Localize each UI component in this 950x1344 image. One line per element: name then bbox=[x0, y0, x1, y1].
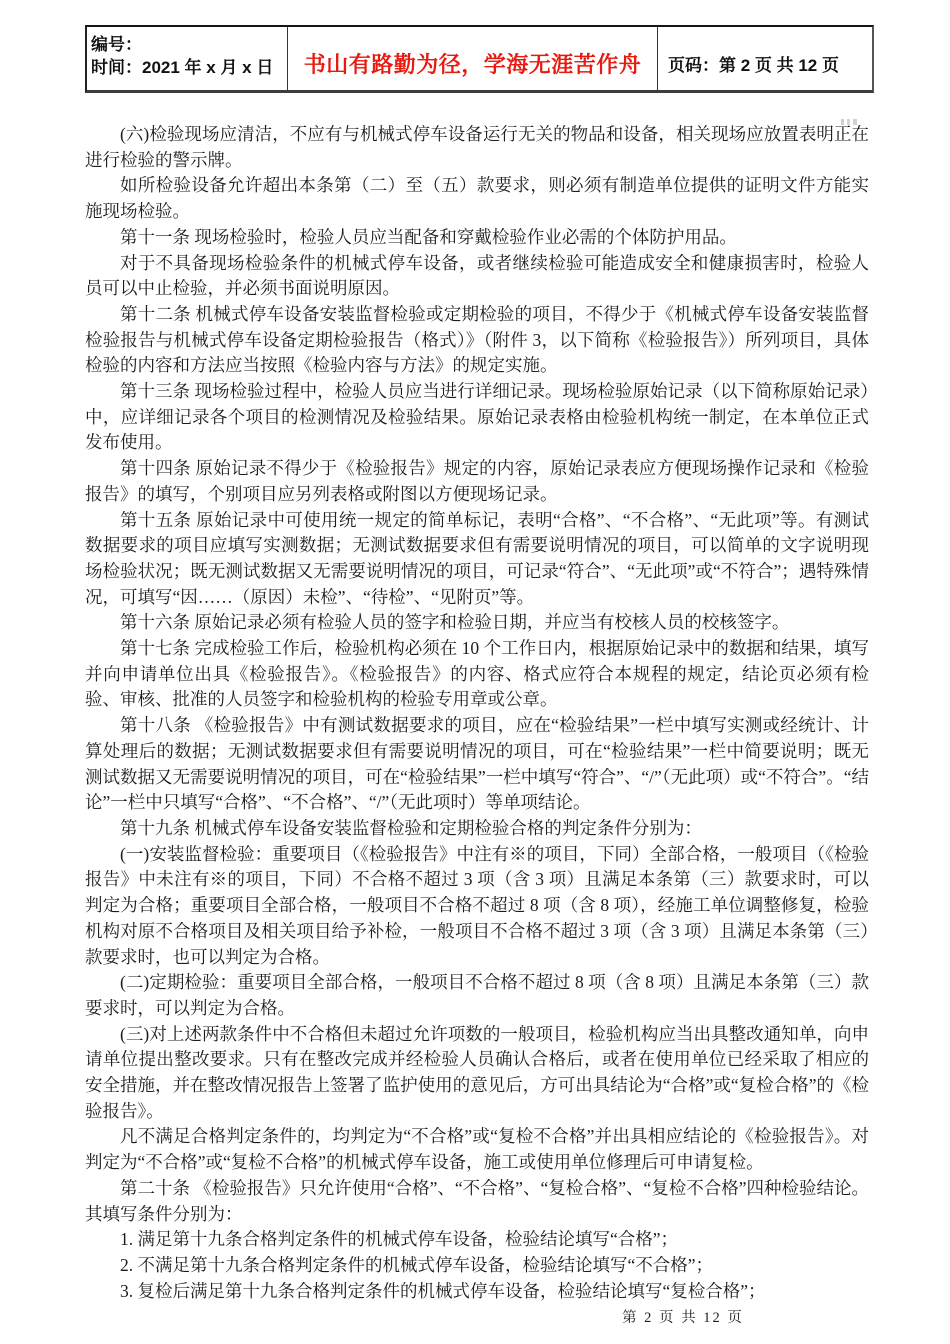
paragraph: 对于不具备现场检验条件的机械式停车设备，或者继续检验可能造成安全和健康损害时，检… bbox=[85, 251, 869, 302]
header-cell-motto: 书山有路勤为径，学海无涯苦作舟 bbox=[288, 27, 658, 90]
header-table: 编号： 时间：2021 年 x 月 x 日 书山有路勤为径，学海无涯苦作舟 页码… bbox=[85, 25, 874, 93]
header-cell-number-date: 编号： 时间：2021 年 x 月 x 日 bbox=[87, 27, 288, 90]
paragraph: (二)定期检验：重要项目全部合格，一般项目不合格不超过 8 项（含 8 项）且满… bbox=[85, 970, 869, 1021]
paragraph: (一)安装监督检验：重要项目（《检验报告》中注有※的项目，下同）全部合格，一般项… bbox=[85, 842, 869, 971]
date-label: 时间：2021 年 x 月 x 日 bbox=[91, 56, 285, 79]
paragraph: 第十四条 原始记录不得少于《检验报告》规定的内容，原始记录表应方便现场操作记录和… bbox=[85, 456, 869, 507]
paragraph: 第二十条 《检验报告》只允许使用“合格”、“不合格”、“复检合格”、“复检不合格… bbox=[85, 1176, 869, 1227]
number-label: 编号： bbox=[91, 33, 285, 56]
paragraph: 凡不满足合格判定条件的，均判定为“不合格”或“复检不合格”并出具相应结论的《检验… bbox=[85, 1124, 869, 1175]
paragraph: 第十九条 机械式停车设备安装监督检验和定期检验合格的判定条件分别为： bbox=[85, 816, 869, 842]
paragraph: (六)检验现场应清洁，不应有与机械式停车设备运行无关的物品和设备，相关现场应放置… bbox=[85, 122, 869, 173]
paragraph: 如所检验设备允许超出本条第（二）至（五）款要求，则必须有制造单位提供的证明文件方… bbox=[85, 173, 869, 224]
page-number-label: 页码：第 2 页 共 12 页 bbox=[668, 51, 839, 76]
paragraph: 第十一条 现场检验时，检验人员应当配备和穿戴检验作业必需的个体防护用品。 bbox=[85, 225, 869, 251]
paragraph: 3. 复检后满足第十九条合格判定条件的机械式停车设备，检验结论填写“复检合格”； bbox=[85, 1279, 869, 1305]
paragraph: 第十七条 完成检验工作后，检验机构必须在 10 个工作日内，根据原始记录中的数据… bbox=[85, 636, 869, 713]
header-cell-page: 页码：第 2 页 共 12 页 bbox=[658, 27, 872, 90]
document-page: 编号： 时间：2021 年 x 月 x 日 书山有路勤为径，学海无涯苦作舟 页码… bbox=[0, 0, 950, 1344]
motto-text: 书山有路勤为径，学海无涯苦作舟 bbox=[304, 48, 642, 79]
paragraph: 第十五条 原始记录中可使用统一规定的简单标记，表明“合格”、“不合格”、“无此项… bbox=[85, 508, 869, 611]
paragraph: (三)对上述两款条件中不合格但未超过允许项数的一般项目，检验机构应当出具整改通知… bbox=[85, 1022, 869, 1125]
paragraph: 第十二条 机械式停车设备安装监督检验或定期检验的项目，不得少于《机械式停车设备安… bbox=[85, 302, 869, 379]
paragraph: 第十六条 原始记录必须有检验人员的签字和检验日期，并应当有校核人员的校核签字。 bbox=[85, 610, 869, 636]
document-body: (六)检验现场应清洁，不应有与机械式停车设备运行无关的物品和设备，相关现场应放置… bbox=[85, 122, 869, 1304]
paragraph: 第十八条 《检验报告》中有测试数据要求的项目，应在“检验结果”一栏中填写实测或经… bbox=[85, 713, 869, 816]
paragraph: 第十三条 现场检验过程中，检验人员应当进行详细记录。现场检验原始记录（以下简称原… bbox=[85, 379, 869, 456]
paragraph: 2. 不满足第十九条合格判定条件的机械式停车设备，检验结论填写“不合格”； bbox=[85, 1253, 869, 1279]
paragraph: 1. 满足第十九条合格判定条件的机械式停车设备，检验结论填写“合格”； bbox=[85, 1227, 869, 1253]
footer-page-indicator: 第 2 页 共 12 页 bbox=[558, 1306, 808, 1327]
